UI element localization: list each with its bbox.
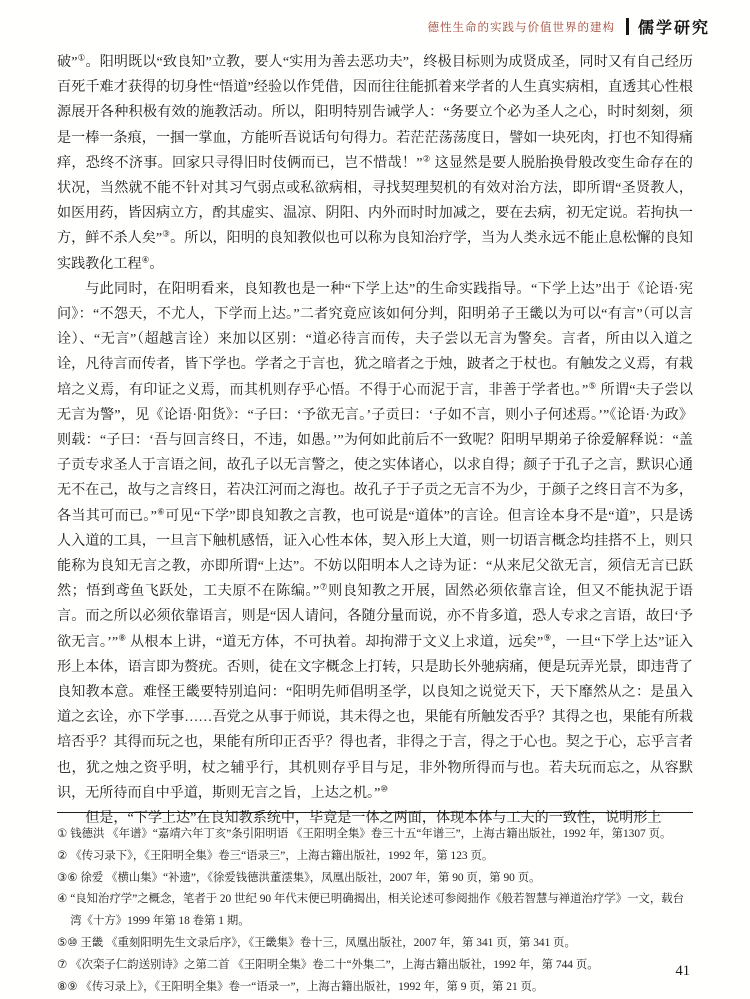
footnote-text: 王畿 《重刻阳明先生文录后序》，《王畿集》卷十三，凤凰出版社，2007 年，第 …: [80, 933, 693, 955]
footnote-marker: ④: [57, 889, 67, 911]
footnote-4: ④ “良知治疗学”之概念，笔者于 20 世纪 90 年代末便已明确揭出，相关论述…: [57, 889, 693, 933]
running-head-book-title: 德性生命的实践与价值世界的建构: [427, 19, 615, 35]
footnote-1: ① 钱德洪 《年谱》“嘉靖六年丁亥”条引阳明语 《王阳明全集》卷三十五“年谱三”…: [57, 824, 693, 846]
document-page: 德性生命的实践与价值世界的建构 儒学研究 破”①。阳明既以“致良知”立教，要人“…: [0, 0, 750, 999]
page-number: 41: [676, 963, 691, 980]
footnote-text: 《传习录上》，《王阳明全集》卷一“语录一”，上海古籍出版社，1992 年，第 9…: [80, 977, 693, 999]
footnote-text: 《次栾子仁韵送别诗》之第二首 《王阳明全集》卷二十“外集二”，上海古籍出版社，1…: [70, 955, 693, 977]
running-header: 德性生命的实践与价值世界的建构 儒学研究: [427, 15, 710, 38]
footnote-text: 钱德洪 《年谱》“嘉靖六年丁亥”条引阳明语 《王阳明全集》卷三十五“年谱三”，上…: [70, 824, 693, 846]
footnote-marker: ③⑥: [57, 868, 77, 890]
footnote-marker: ⑧⑨: [57, 977, 77, 999]
footnotes-section: ① 钱德洪 《年谱》“嘉靖六年丁亥”条引阳明语 《王阳明全集》卷三十五“年谱三”…: [57, 812, 693, 998]
footnote-text: 徐爱 《横山集》“补遗”，《徐爱钱德洪董澐集》，凤凰出版社，2007 年，第 9…: [80, 868, 693, 890]
footnote-2: ② 《传习录下》，《王阳明全集》卷三“语录三”，上海古籍出版社，1992 年，第…: [57, 846, 693, 868]
footnote-marker: ⑦: [57, 955, 67, 977]
footnote-text: “良知治疗学”之概念，笔者于 20 世纪 90 年代末便已明确揭出，相关论述可参…: [70, 889, 693, 933]
footnote-5: ⑤⑩ 王畿 《重刻阳明先生文录后序》，《王畿集》卷十三，凤凰出版社，2007 年…: [57, 933, 693, 955]
footnote-6: ⑦ 《次栾子仁韵送别诗》之第二首 《王阳明全集》卷二十“外集二”，上海古籍出版社…: [57, 955, 693, 977]
paragraph-xiaxue-shangda: 与此同时，在阳明看来，良知教也是一种“下学上达”的生命实践指导。“下学上达”出于…: [57, 277, 693, 806]
article-body: 破”①。阳明既以“致良知”立教，要人“实用为善去恶功夫”，终极目标则为成贤成圣，…: [57, 50, 693, 831]
footnote-marker: ①: [57, 824, 67, 846]
footnote-7: ⑧⑨ 《传习录上》，《王阳明全集》卷一“语录一”，上海古籍出版社，1992 年，…: [57, 977, 693, 999]
footnote-marker: ⑤⑩: [57, 933, 77, 955]
footnote-text: 《传习录下》，《王阳明全集》卷三“语录三”，上海古籍出版社，1992 年，第 1…: [70, 846, 693, 868]
running-head-section-title: 儒学研究: [638, 15, 710, 38]
paragraph-continuation: 破”①。阳明既以“致良知”立教，要人“实用为善去恶功夫”，终极目标则为成贤成圣，…: [57, 50, 693, 277]
footnote-3: ③⑥ 徐爱 《横山集》“补遗”，《徐爱钱德洪董澐集》，凤凰出版社，2007 年，…: [57, 868, 693, 890]
footnote-marker: ②: [57, 846, 67, 868]
header-divider-bar: [626, 18, 629, 35]
